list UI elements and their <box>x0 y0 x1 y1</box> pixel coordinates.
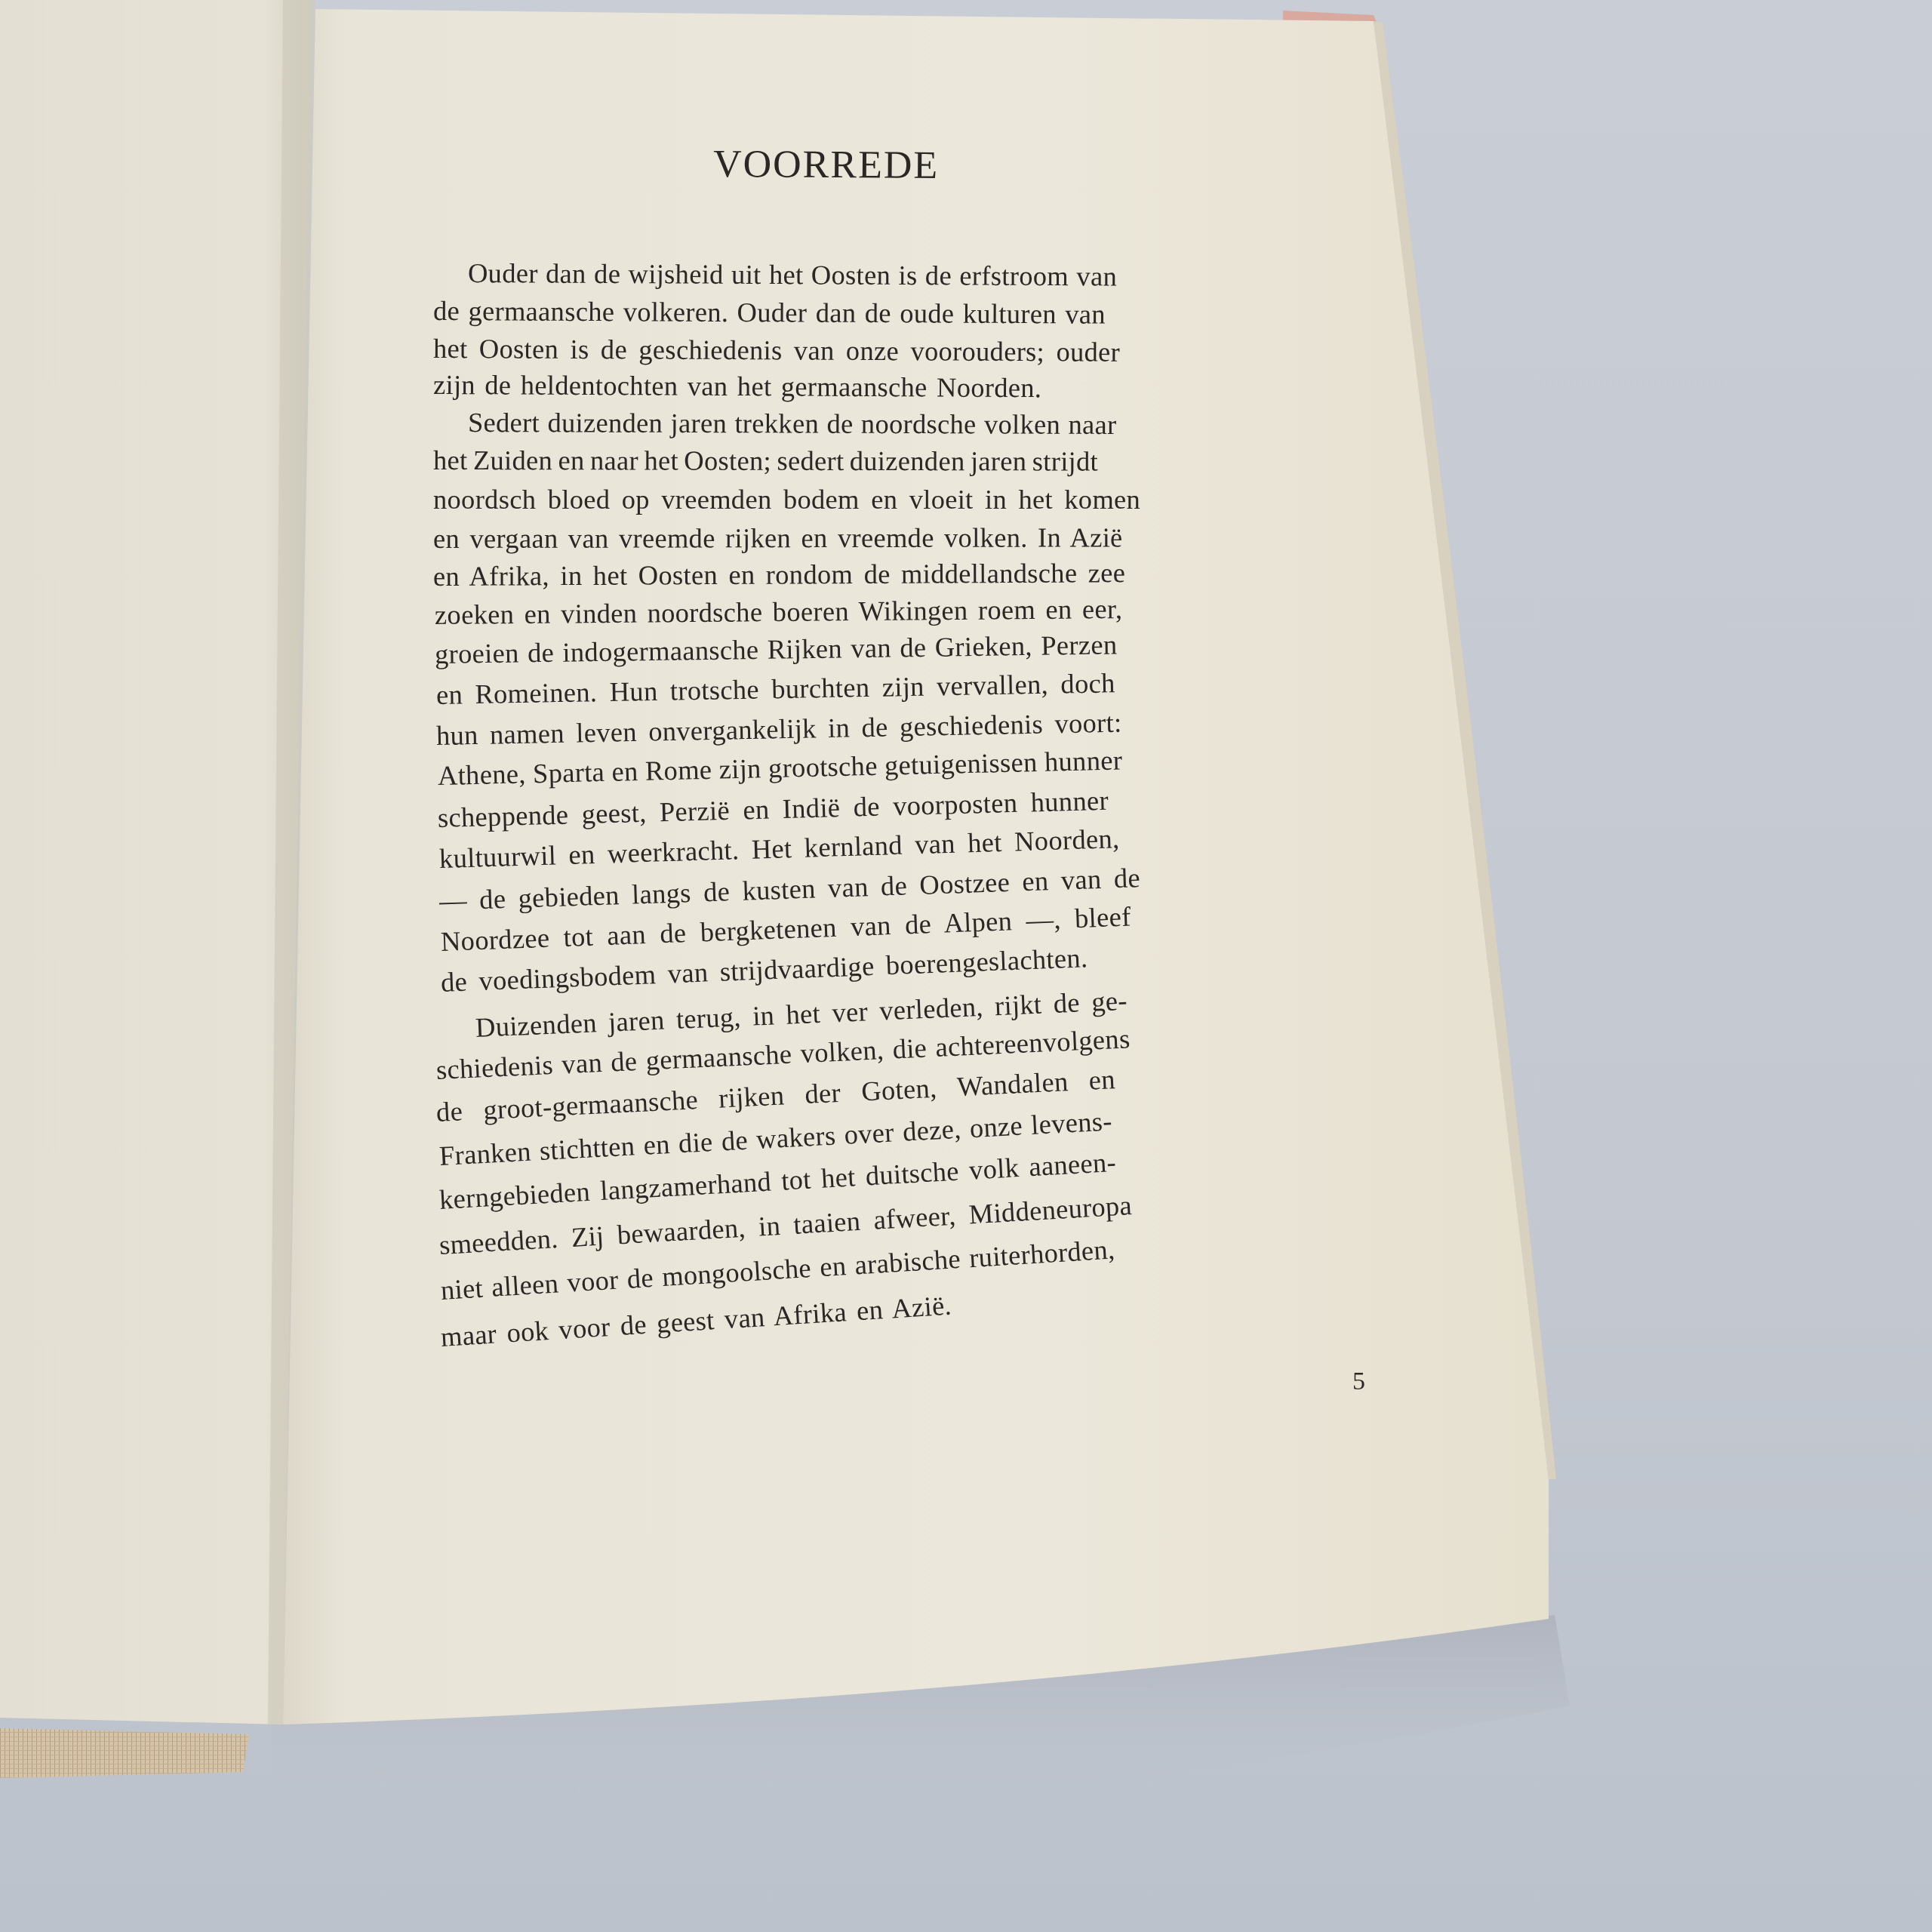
photo-scene: VOORREDE Ouder dan de wijsheid uit het O… <box>0 0 1932 1932</box>
text-line: het Oosten is de geschiedenis van onze v… <box>433 332 1120 368</box>
text-line: en Afrika, in het Oosten en rondom de mi… <box>433 556 1125 592</box>
page-title: VOORREDE <box>713 142 940 188</box>
text-line: en Romeinen. Hun trotsche burchten zijn … <box>436 666 1115 711</box>
text-line: en vergaan van vreemde rijken en vreemde… <box>433 521 1123 555</box>
text-line: Ouder dan de wijsheid uit het Oosten is … <box>468 257 1117 293</box>
book-page: VOORREDE Ouder dan de wijsheid uit het O… <box>0 0 1932 1932</box>
text-line: het Zuiden en naar het Oosten; sedert du… <box>433 444 1098 478</box>
text-line: groeien de indogermaansche Rijken van de… <box>435 628 1118 670</box>
text-line: noordsch bloed op vreemden bodem en vloe… <box>433 483 1140 515</box>
text-line: Sedert duizenden jaren trekken de noords… <box>468 406 1117 441</box>
text-line: zoeken en vinden noordsche boeren Wiking… <box>435 592 1123 631</box>
text-line: hun namen leven onvergankelijk in de ges… <box>436 706 1122 752</box>
text-line: zijn de heldentochten van het germaansch… <box>433 368 1042 404</box>
page-number: 5 <box>1352 1367 1365 1396</box>
text-line: Athene, Sparta en Rome zijn grootsche ge… <box>438 743 1123 792</box>
text-line: de germaansche volkeren. Ouder dan de ou… <box>433 294 1106 331</box>
